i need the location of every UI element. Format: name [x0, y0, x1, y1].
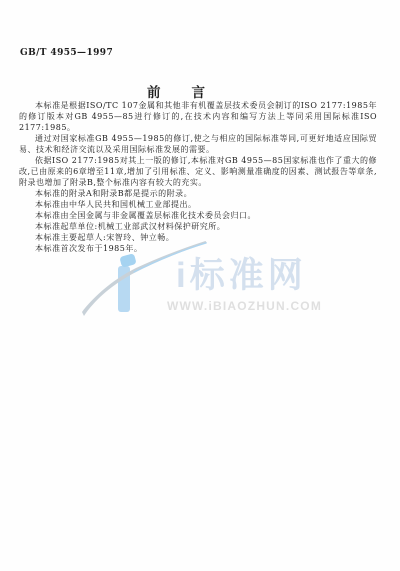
paragraph: 本标准的附录A和附录B都是提示的附录。 — [19, 188, 377, 199]
document-page: GB/T 4955—1997 前言 本标准是根据ISO/TC 107金属和其他非… — [0, 0, 400, 571]
watermark-brand-text: i标准网 — [176, 248, 307, 298]
paragraph: 本标准是根据ISO/TC 107金属和其他非有机覆盖层技术委员会制订的ISO 2… — [19, 100, 377, 133]
paragraph: 本标准由全国金属与非金属覆盖层标准化技术委员会归口。 — [19, 210, 377, 221]
foreword-heading-char-1: 前 — [147, 85, 161, 101]
doc-code: GB/T 4955—1997 — [20, 48, 113, 58]
paragraph: 本标准主要起草人:宋智玲、钟立畅。 — [19, 232, 377, 243]
paragraph: 本标准由中华人民共和国机械工业部提出。 — [19, 199, 377, 210]
foreword-heading-char-2: 言 — [192, 85, 206, 101]
paragraph: 本标准起草单位:机械工业部武汉材料保护研究所。 — [19, 221, 377, 232]
foreword-text: 本标准是根据ISO/TC 107金属和其他非有机覆盖层技术委员会制订的ISO 2… — [19, 100, 377, 254]
paragraph: 通过对国家标准GB 4955—1985的修订,使之与相应的国际标准等同,可更好地… — [19, 133, 377, 155]
paragraph: 依据ISO 2177:1985对其上一版的修订,本标准对GB 4955—85国家… — [19, 155, 377, 188]
watermark-url-text: WWW.iBIAOZHUN.COM — [167, 299, 322, 313]
foreword-heading: 前言 — [147, 81, 205, 101]
paragraph: 本标准首次发布于1985年。 — [19, 243, 377, 254]
